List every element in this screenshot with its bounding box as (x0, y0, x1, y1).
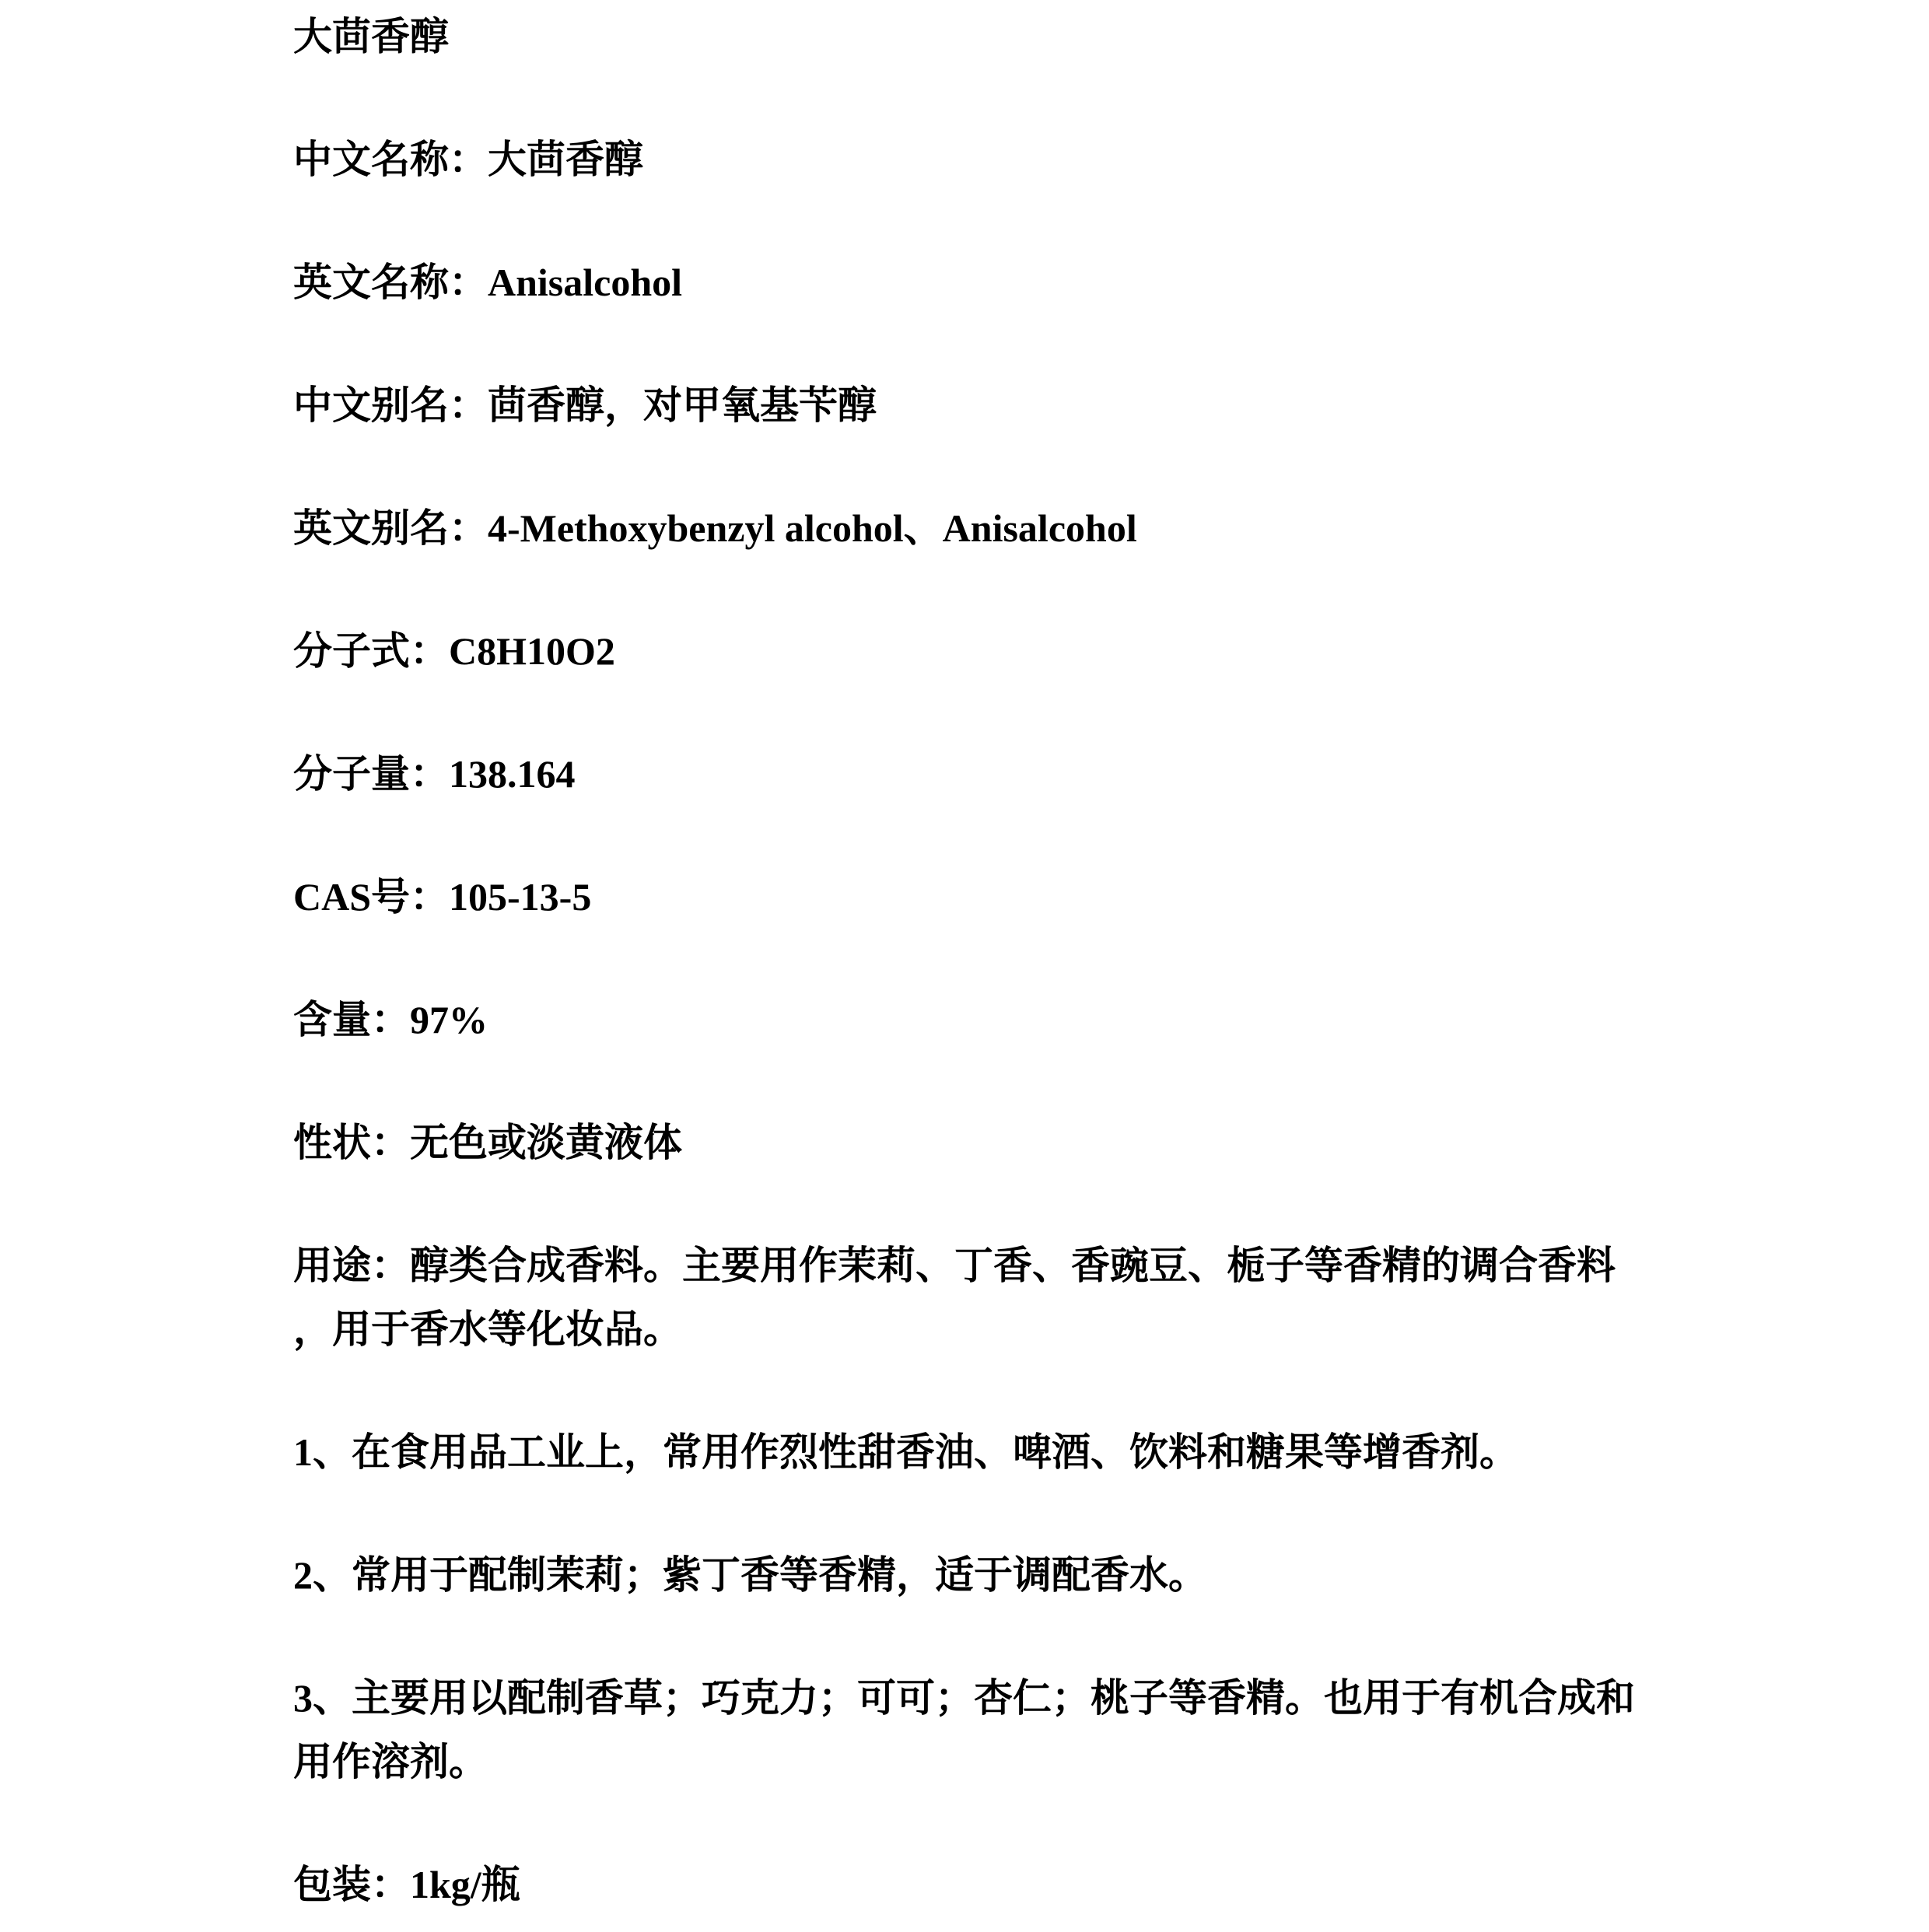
field-chinese-name: 中文名称：大茴香醇 (293, 128, 1836, 191)
document-page: 大茴香醇 中文名称：大茴香醇 英文名称：Anisalcohol 中文别名：茴香醇… (0, 0, 1929, 1932)
field-molecular-formula: 分子式：C8H10O2 (293, 619, 1836, 683)
use-item-3: 3、主要用以配制香草；巧克力；可可；杏仁；桃子等香精。也用于有机合成和 用作溶剂… (293, 1666, 1836, 1794)
field-english-name: 英文名称：Anisalcohol (293, 250, 1836, 314)
use-item-1: 1、在食用品工业上，常用作烈性甜香油、啤酒、饮料和糖果等增香剂。 (293, 1420, 1836, 1484)
field-packaging: 包装：1kg/瓶 (293, 1853, 1836, 1916)
field-purity: 含量：97% (293, 988, 1836, 1052)
use-item-2: 2、常用于配制茉莉；紫丁香等香精，适于调配香水。 (293, 1543, 1836, 1607)
field-molecular-weight: 分子量：138.164 (293, 742, 1836, 806)
field-chinese-aliases: 中文别名：茴香醇，对甲氧基苄醇 (293, 373, 1836, 437)
field-english-aliases: 英文别名：4-Methoxybenzyl alcohol、Anisalcohol (293, 496, 1836, 560)
field-appearance: 性状：无色或淡黄液体 (293, 1111, 1836, 1174)
field-uses-summary: 用途：醇类合成香料。主要用作茉莉、丁香、香豌豆、栀子等香精的调合香料 ，用于香水… (293, 1234, 1836, 1361)
document-title: 大茴香醇 (293, 5, 1836, 68)
field-cas-number: CAS号：105-13-5 (293, 865, 1836, 929)
